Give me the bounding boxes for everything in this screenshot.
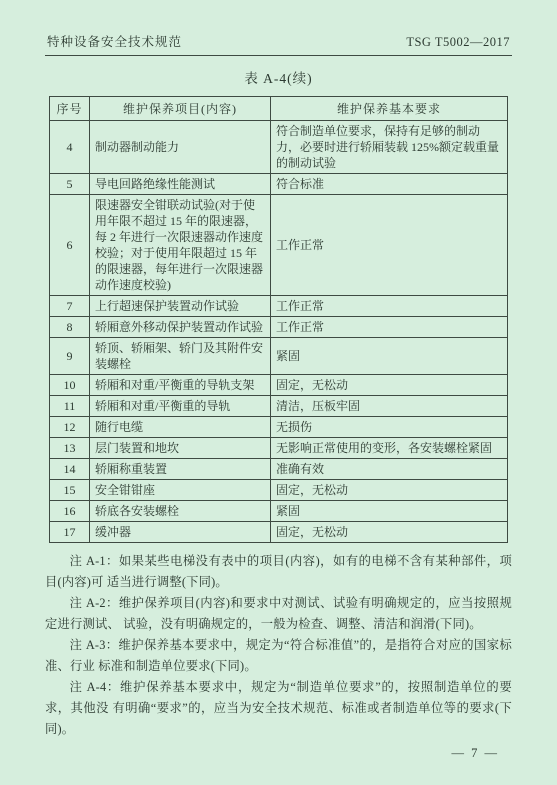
- table-row: 16轿底各安装螺栓紧固: [50, 501, 508, 522]
- cell-no: 10: [50, 375, 90, 396]
- note-2: 注 A-2：维护保养项目(内容)和要求中对测试、试验有明确规定的，应当按照规定进…: [45, 593, 512, 635]
- cell-item: 限速器安全钳联动试验(对于使用年限不超过 15 年的限速器，每 2 年进行一次限…: [90, 195, 271, 296]
- header-right-text: TSG T5002—2017: [406, 35, 510, 50]
- column-header-req: 维护保养基本要求: [271, 97, 508, 121]
- running-header: 特种设备安全技术规范 TSG T5002—2017: [45, 32, 512, 50]
- table-row: 15安全钳钳座固定，无松动: [50, 480, 508, 501]
- table-row: 17缓冲器固定，无松动: [50, 522, 508, 543]
- cell-req: 固定，无松动: [271, 375, 508, 396]
- column-header-no: 序号: [50, 97, 90, 121]
- table-row: 13层门装置和地坎无影响正常使用的变形，各安装螺栓紧固: [50, 438, 508, 459]
- cell-req: 固定，无松动: [271, 522, 508, 543]
- cell-req: 准确有效: [271, 459, 508, 480]
- cell-no: 15: [50, 480, 90, 501]
- header-rule: [45, 55, 512, 56]
- page-number: — 7 —: [452, 746, 500, 761]
- cell-no: 11: [50, 396, 90, 417]
- cell-req: 无影响正常使用的变形，各安装螺栓紧固: [271, 438, 508, 459]
- cell-no: 7: [50, 296, 90, 317]
- table-header-row: 序号维护保养项目(内容)维护保养基本要求: [50, 97, 508, 121]
- cell-req: 无损伤: [271, 417, 508, 438]
- note-3: 注 A-3：维护保养基本要求中，规定为“符合标准值”的，是指符合对应的国家标准、…: [45, 635, 512, 677]
- cell-no: 4: [50, 121, 90, 174]
- cell-req: 紧固: [271, 338, 508, 375]
- cell-item: 安全钳钳座: [90, 480, 271, 501]
- header-left-text: 特种设备安全技术规范: [47, 32, 182, 50]
- cell-req: 符合制造单位要求，保持有足够的制动力，必要时进行轿厢装载 125%额定载重量的制…: [271, 121, 508, 174]
- document-page: 特种设备安全技术规范 TSG T5002—2017 表 A-4(续) 序号维护保…: [0, 0, 557, 785]
- cell-req: 工作正常: [271, 296, 508, 317]
- cell-item: 轿顶、轿厢架、轿门及其附件安装螺栓: [90, 338, 271, 375]
- cell-no: 16: [50, 501, 90, 522]
- note-1: 注 A-1：如果某些电梯没有表中的项目(内容)，如有的电梯不含有某种部件，项目(…: [45, 551, 512, 593]
- cell-no: 17: [50, 522, 90, 543]
- cell-no: 9: [50, 338, 90, 375]
- cell-item: 轿厢和对重/平衡重的导轨: [90, 396, 271, 417]
- table-row: 8轿厢意外移动保护装置动作试验工作正常: [50, 317, 508, 338]
- table-row: 12随行电缆无损伤: [50, 417, 508, 438]
- cell-req: 符合标准: [271, 174, 508, 195]
- table-row: 5导电回路绝缘性能测试符合标准: [50, 174, 508, 195]
- cell-item: 层门装置和地坎: [90, 438, 271, 459]
- cell-no: 8: [50, 317, 90, 338]
- cell-no: 5: [50, 174, 90, 195]
- cell-no: 14: [50, 459, 90, 480]
- table-row: 9轿顶、轿厢架、轿门及其附件安装螺栓紧固: [50, 338, 508, 375]
- table-row: 6限速器安全钳联动试验(对于使用年限不超过 15 年的限速器，每 2 年进行一次…: [50, 195, 508, 296]
- table-row: 10轿厢和对重/平衡重的导轨支架固定，无松动: [50, 375, 508, 396]
- table-row: 14轿厢称重装置准确有效: [50, 459, 508, 480]
- cell-item: 轿厢称重装置: [90, 459, 271, 480]
- cell-item: 随行电缆: [90, 417, 271, 438]
- cell-req: 清洁，压板牢固: [271, 396, 508, 417]
- cell-no: 6: [50, 195, 90, 296]
- maintenance-table: 序号维护保养项目(内容)维护保养基本要求 4制动器制动能力符合制造单位要求，保持…: [49, 96, 508, 543]
- cell-no: 13: [50, 438, 90, 459]
- cell-item: 上行超速保护装置动作试验: [90, 296, 271, 317]
- cell-item: 导电回路绝缘性能测试: [90, 174, 271, 195]
- table-title: 表 A-4(续): [45, 67, 512, 87]
- cell-item: 轿底各安装螺栓: [90, 501, 271, 522]
- cell-req: 工作正常: [271, 195, 508, 296]
- table-row: 7上行超速保护装置动作试验工作正常: [50, 296, 508, 317]
- cell-item: 制动器制动能力: [90, 121, 271, 174]
- notes-section: 注 A-1：如果某些电梯没有表中的项目(内容)，如有的电梯不含有某种部件，项目(…: [45, 551, 512, 740]
- cell-item: 轿厢和对重/平衡重的导轨支架: [90, 375, 271, 396]
- cell-req: 固定，无松动: [271, 480, 508, 501]
- column-header-item: 维护保养项目(内容): [90, 97, 271, 121]
- table-row: 4制动器制动能力符合制造单位要求，保持有足够的制动力，必要时进行轿厢装载 125…: [50, 121, 508, 174]
- cell-item: 缓冲器: [90, 522, 271, 543]
- table-row: 11轿厢和对重/平衡重的导轨清洁，压板牢固: [50, 396, 508, 417]
- cell-req: 工作正常: [271, 317, 508, 338]
- note-4: 注 A-4：维护保养基本要求中，规定为“制造单位要求”的，按照制造单位的要求，其…: [45, 677, 512, 740]
- cell-no: 12: [50, 417, 90, 438]
- cell-item: 轿厢意外移动保护装置动作试验: [90, 317, 271, 338]
- cell-req: 紧固: [271, 501, 508, 522]
